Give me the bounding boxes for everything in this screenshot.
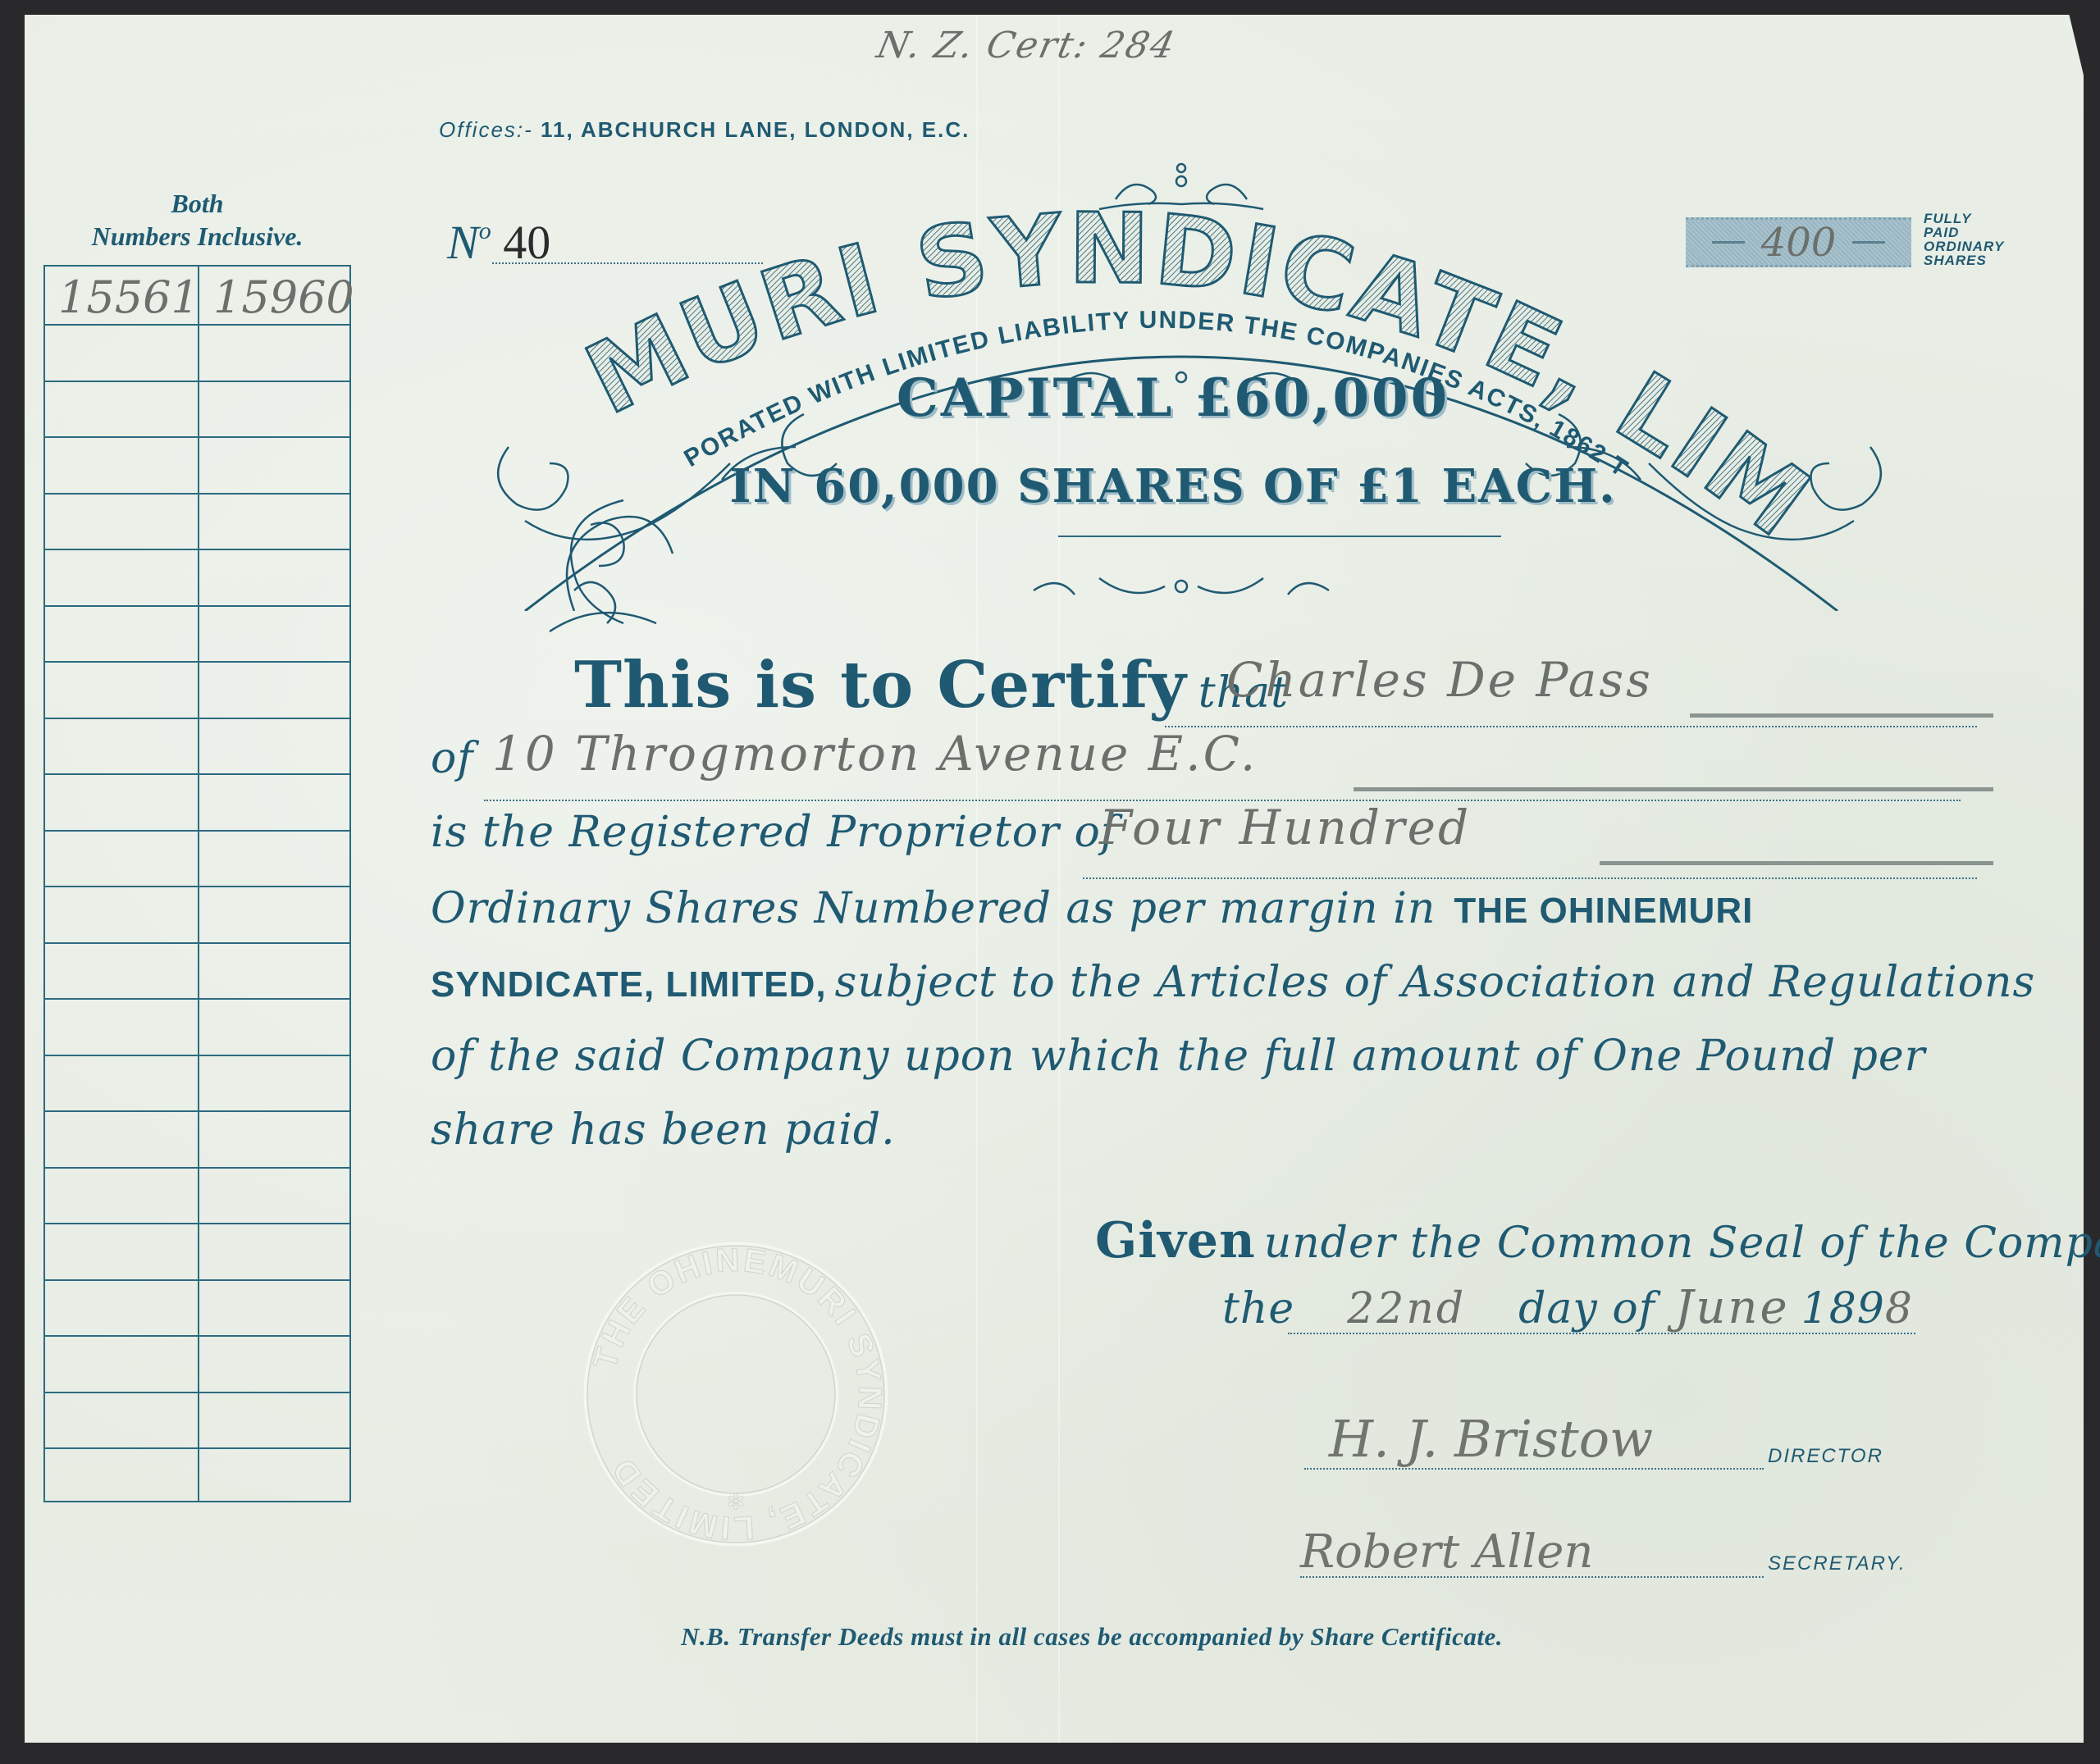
ledger-row: [45, 1167, 349, 1169]
flourish-icon: [1034, 578, 1329, 595]
payment-line: of the said Company upon which the full …: [431, 1032, 1926, 1081]
offices-label: Offices:-: [439, 117, 533, 142]
director-label: DIRECTOR: [1768, 1445, 1883, 1468]
ledger-row: [45, 1447, 349, 1449]
year-prefix: 189: [1801, 1284, 1885, 1333]
filler-stroke: [1690, 713, 1993, 718]
ledger-row: [45, 886, 349, 887]
quill-flourish-icon: [525, 492, 664, 656]
archive-annotation: N. Z. Cert: 284: [874, 25, 1180, 66]
ledger-row: [45, 1223, 349, 1224]
filler-stroke: [1354, 787, 1993, 791]
given-line: Given under the Common Seal of the Compa…: [1095, 1212, 2100, 1269]
secretary-label: SECRETARY.: [1768, 1552, 1906, 1575]
ledger-row: [45, 549, 349, 550]
company-bold-2: SYNDICATE, LIMITED,: [431, 964, 827, 1005]
seal-star-icon: ✻: [727, 1490, 745, 1514]
articles-text: subject to the Articles of Association a…: [835, 958, 2036, 1007]
secretary-signature: Robert Allen: [1300, 1525, 1593, 1579]
ledger-row: [45, 1055, 349, 1056]
ledger-row: [45, 661, 349, 663]
secretary-line: [1300, 1576, 1764, 1578]
filler-stroke: [1600, 861, 1993, 865]
paid-line: share has been paid.: [431, 1105, 896, 1155]
ledger-row: [45, 1279, 349, 1281]
registered-line: is the Registered Proprietor of: [431, 808, 1117, 857]
transfer-note: N.B. Transfer Deeds must in all cases be…: [681, 1622, 1503, 1652]
ledger-row: [45, 718, 349, 719]
margin-header-line1: Both: [43, 187, 351, 220]
divider-rule: [1058, 536, 1501, 537]
offices-line: Offices:- 11, ABCHURCH LANE, LONDON, E.C…: [439, 117, 970, 143]
shares-line: IN 60,000 SHARES OF £1 EACH.: [0, 459, 2100, 513]
capital-line: CAPITAL £60,000: [0, 367, 2100, 429]
holder-address: 10 Throgmorton Avenue E.C.: [492, 726, 1258, 782]
offices-address: 11, ABCHURCH LANE, LONDON, E.C.: [541, 117, 970, 142]
perforated-edge: [20, 15, 30, 1743]
ledger-row: [45, 773, 349, 775]
margin-header: Both Numbers Inclusive.: [43, 187, 351, 253]
director-signature: H. J. Bristow: [1329, 1409, 1653, 1469]
ledger-row: [45, 324, 349, 326]
holder-name: Charles De Pass: [1226, 652, 1653, 708]
ledger-row: [45, 830, 349, 832]
ledger-row: [45, 1110, 349, 1112]
ledger-row: [45, 1392, 349, 1393]
share-count-words: Four Hundred: [1099, 800, 1471, 855]
month-value: June: [1675, 1281, 1790, 1334]
given-word: Given: [1095, 1212, 1256, 1269]
the-word: the: [1222, 1284, 1294, 1333]
certify-line: This is to Certify that: [574, 648, 1289, 722]
ledger-row: [45, 1335, 349, 1337]
share-number-ledger: 15561 15960: [43, 265, 351, 1502]
shares-numbered-text: Ordinary Shares Numbered as per margin i…: [431, 884, 1436, 933]
margin-header-line2: Numbers Inclusive.: [43, 220, 351, 253]
holder-name-line: [1165, 726, 1977, 727]
director-line: [1304, 1468, 1764, 1470]
day-value: 22nd: [1347, 1284, 1466, 1333]
ledger-row: [45, 436, 349, 438]
ledger-divider: [198, 267, 199, 1501]
embossed-company-seal: THE OHINEMURI SYNDICATE, LIMITED ✻: [580, 1238, 892, 1550]
range-from: 15561: [58, 271, 199, 323]
of-word: of: [431, 734, 474, 783]
certify-heading: This is to Certify: [574, 648, 1187, 722]
range-to: 15960: [213, 271, 354, 323]
date-underline: [1288, 1333, 1915, 1334]
ledger-row: [45, 998, 349, 1000]
shares-numbered-line: Ordinary Shares Numbered as per margin i…: [431, 884, 1753, 933]
ledger-row: [45, 605, 349, 607]
company-bold-1: THE OHINEMURI: [1454, 891, 1753, 931]
day-of: day of: [1518, 1284, 1655, 1333]
share-count-line: [1083, 877, 1977, 879]
articles-line: SYNDICATE, LIMITED, subject to the Artic…: [431, 958, 2035, 1007]
ledger-row: [45, 942, 349, 944]
date-line: the 22nd day of June 1898: [1222, 1281, 1915, 1334]
given-rest: under the Common Seal of the Company: [1264, 1219, 2100, 1268]
year-suffix: 8: [1885, 1284, 1915, 1333]
